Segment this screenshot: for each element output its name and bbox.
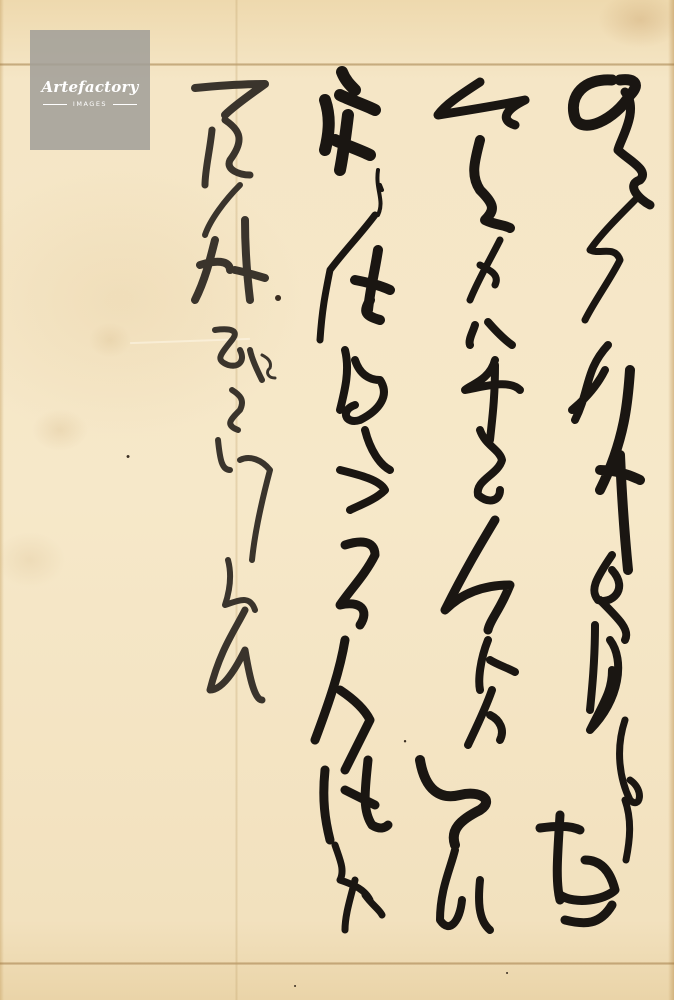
column-2 [420, 82, 525, 930]
column-1 [540, 80, 650, 923]
scanned-letter: Artefactory IMAGES [0, 0, 674, 1000]
column-3 [315, 72, 390, 930]
watermark-subtitle-row: IMAGES [43, 100, 137, 108]
calligraphy-ink [0, 0, 674, 1000]
watermark-brand: Artefactory [41, 78, 138, 96]
watermark-rule-left [43, 104, 67, 105]
artefactory-watermark: Artefactory IMAGES [30, 30, 150, 150]
column-4 [195, 84, 281, 700]
watermark-rule-right [113, 104, 137, 105]
watermark-subtitle: IMAGES [73, 100, 107, 108]
